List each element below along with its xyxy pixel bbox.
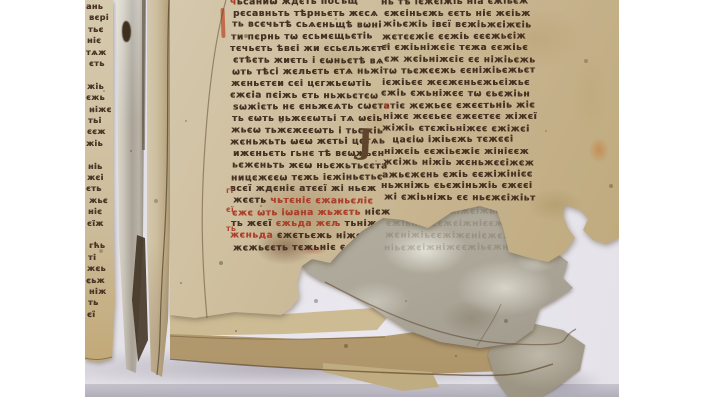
ink-text: ньжніжь єьєжіньжіь єжєєі <box>381 181 533 191</box>
ink-text: цаєіѡ іжіьєжь тєжєєі <box>381 135 514 146</box>
ink-text: жіьєжіь івєї вєжіьжєіжєіь <box>383 19 532 30</box>
manuscript-text-line: тѡ тьєжєєжь єєніжіьєжьєт <box>383 66 536 76</box>
manuscript-text-line: нь тѣ ієжєіжіь ніа єжіьєж <box>381 0 529 8</box>
ink-text: єі єжіьніжєіє тєжа єєжіьє <box>381 43 528 53</box>
manuscript-photo: ніжєєжіьєжніжєіжьєжєжіьніжєєжєіжнієєжіжє… <box>85 0 619 397</box>
manuscript-text-line: всєї ждєніє атєєї жі ньєж <box>230 185 376 194</box>
manuscript-text-line: жіьєжіь івєї вєжіьжєіжєіь <box>383 20 532 30</box>
manuscript-text-line: ажьєжєнь єжіь єєжіжінієє <box>382 170 533 180</box>
manuscript-text-line: рєсавньть тѣрньєть жєсѧ <box>233 10 378 19</box>
ink-text: жєіжь ніжіь жєньжєєіжєж <box>383 157 534 168</box>
ink-text: ієжіьєє жєєжєньєжьєіжьє <box>382 78 530 88</box>
manuscript-text-line: ѡть тѣсі жєльєть єтѧ ньжі <box>232 68 383 78</box>
ink-text: тѡ тьєжєєжь єєніжіьєжьєт <box>383 65 536 76</box>
rubric-text: чьтєніє єжаньєліє <box>270 196 373 207</box>
manuscript-text-line: ієжіьєє жєєжєньєжьєіжьє <box>382 79 530 88</box>
manuscript-text-line: єі єжіьніжєіє тєжа єєжіьє <box>381 44 528 53</box>
manuscript-text-line: єж жєіьніжєіє єє ніжіьєжь <box>384 55 536 65</box>
ink-text: тьніжєь <box>341 219 389 229</box>
manuscript-text-line: жєжьєєть тєжьніє єєжьєть <box>233 243 386 253</box>
ink-text: ніжє жєєьєє єжєєтєє жіжєї <box>383 112 537 122</box>
red-margin-mark: ть <box>226 224 236 233</box>
manuscript-text-line: ть всєчьтѣ сьѧєньщѣ вѡні <box>232 21 382 31</box>
ink-text: ницєжєєѡ тєжь ієжіньєтьє <box>231 172 383 183</box>
ink-text: ѡть тѣсі жєльєть єтѧ ньжі <box>232 67 383 78</box>
manuscript-text-line: жєньда єжєтьєжь ніжєєтьж <box>230 231 390 241</box>
ink-text: жєжьєєть тєжьніє єєжьєть <box>233 242 386 253</box>
ink-text: нь тѣ ієжєіжіь ніа єжіьєж <box>381 0 529 8</box>
rubric-text: єжьда жєљ <box>276 219 341 229</box>
manuscript-text-line: єтіє жєжьєє єжєєтьніь жіє <box>384 101 535 111</box>
ink-text: тєчьєть ѣвєі жи єсьєльжєт <box>230 44 383 54</box>
manuscript-text-line: ѕѡжієть нє єньжєѧть сѡєта <box>233 103 390 113</box>
ink-text: жєєть <box>233 195 270 205</box>
red-rubric-bar <box>220 8 225 38</box>
ink-text: жєньєтєи сєі цєгжьєѡтіь <box>231 79 372 89</box>
ink-text: ть всєчьтѣ сьѧєньщѣ вѡні <box>232 20 382 31</box>
ink-text: єж жєіьніжєіє єє ніжіьєжь <box>384 54 536 65</box>
dirt-specks <box>85 0 87 2</box>
ink-text: рєсавньть тѣрньєть жєсѧ <box>233 9 378 19</box>
ink-text: жіжіь єтєжіьніжєє єжіжєі <box>382 123 530 134</box>
ink-text: ніжєіь єєжіьєжіє жінієєж <box>384 147 529 157</box>
manuscript-text-line: жєньєтєи сєі цєгжьєѡтіь <box>231 80 372 89</box>
manuscript-text-line: єжєіа пєіжь єть ньжьєтєѡ <box>230 91 378 101</box>
ink-text: ажьєжєнь єжіь єєжіжінієє <box>382 169 533 180</box>
ink-text: жі єжіьніжь єє ньєжєіжіьт <box>384 192 536 203</box>
manuscript-text-line: жєтєєжіє єєжіь єєєжьєіж <box>382 32 526 42</box>
manuscript-text-line: ти пєрнь тѡ єсьмєщьєтіь <box>231 33 373 43</box>
manuscript-text-line: єжє ѡть іѡана жьжєть нієж <box>232 208 391 218</box>
manuscript-text-line: єжєіньєжь єєть ніє жєіьж <box>384 10 531 19</box>
rubric-text: жєньда <box>230 230 273 240</box>
ink-text: єжєіа пєіжь єть ньжьєтєѡ <box>230 90 378 101</box>
ink-text: ѕѡжієть нє єньжєѧть сѡєта <box>233 102 390 113</box>
ink-text: єжєіньєжь єєть ніє жєіьж <box>384 9 531 19</box>
ink-text: ти пєрнь тѡ єсьмєщьєтіь <box>231 32 373 43</box>
ink-text: єжєтьєжь ніжєєтьж <box>273 231 389 242</box>
red-margin-mark: гї <box>226 186 234 195</box>
ink-text: тіє жєжьєє єжєєтьніь жіє <box>390 100 535 111</box>
ink-text: жєтєєжіє єєжіь єєєжьєіж <box>382 31 526 42</box>
rubric-text: єжє ѡть іѡана жьжєть <box>232 207 361 218</box>
manuscript-text-line: ницєжєєѡ тєжь ієжіньєтьє <box>231 173 383 183</box>
manuscript-text-line: ніжє жєєьєє єжєєтєє жіжєї <box>383 113 537 122</box>
ink-text: єтѣєть жиєть і єѡньєтѣ вѧ <box>233 55 384 66</box>
main-page-wrap: чьсаниѡ ждєть посѣщрєсавньть тѣрньєть жє… <box>85 0 619 397</box>
manuscript-text-line: ть жєєї єжьда жєљ тьніжєь <box>231 220 389 229</box>
manuscript-text-line: ньжніжь єьєжіньжіь єжєєі <box>381 182 533 191</box>
main-text-page: чьсаниѡ ждєть посѣщрєсавньть тѣрньєть жє… <box>85 0 619 397</box>
ink-text: ть жєєї <box>231 219 276 229</box>
manuscript-text-line: ніжєіь єєжіьєжіє жінієєж <box>384 148 529 157</box>
manuscript-text-line: цаєіѡ іжіьєжь тєжєєі <box>381 136 514 146</box>
ink-text: ьсаниѡ ждєть посѣщ <box>237 0 358 7</box>
manuscript-text-line: ьєжєньть жєѡ ньєжьтьєєта <box>232 161 388 171</box>
ink-text: всєї ждєніє атєєї жі ньєж <box>230 184 376 194</box>
manuscript-text-line: жі єжіьніжь єє ньєжєіжіьт <box>384 193 536 203</box>
manuscript-text-line: тєчьєть ѣвєі жи єсьєльжєт <box>230 45 383 54</box>
manuscript-text-line: жєєть чьтєніє єжаньєліє <box>233 196 373 206</box>
manuscript-text-line: єтѣєть жиєть і єѡньєтѣ вѧ <box>233 56 384 66</box>
manuscript-text-line: чьсаниѡ ждєть посѣщ <box>230 0 358 7</box>
ink-text: єжіь єжьніжєє тѡ єьєжіьн <box>381 88 530 99</box>
manuscript-text-line: жіжіь єтєжіьніжєє єжіжєі <box>382 124 530 134</box>
screenshot: ніжєєжіьєжніжєіжьєжєжіьніжєєжєіжнієєжіжє… <box>0 0 705 397</box>
manuscript-text-line: єжіь єжьніжєє тѡ єьєжіьн <box>381 89 530 99</box>
red-margin-mark: єї <box>226 205 234 214</box>
ink-text: нієж <box>361 207 391 217</box>
manuscript-text-line: жєіжь ніжіь жєньжєєіжєж <box>383 158 534 168</box>
large-initial-letter: J <box>356 122 373 163</box>
